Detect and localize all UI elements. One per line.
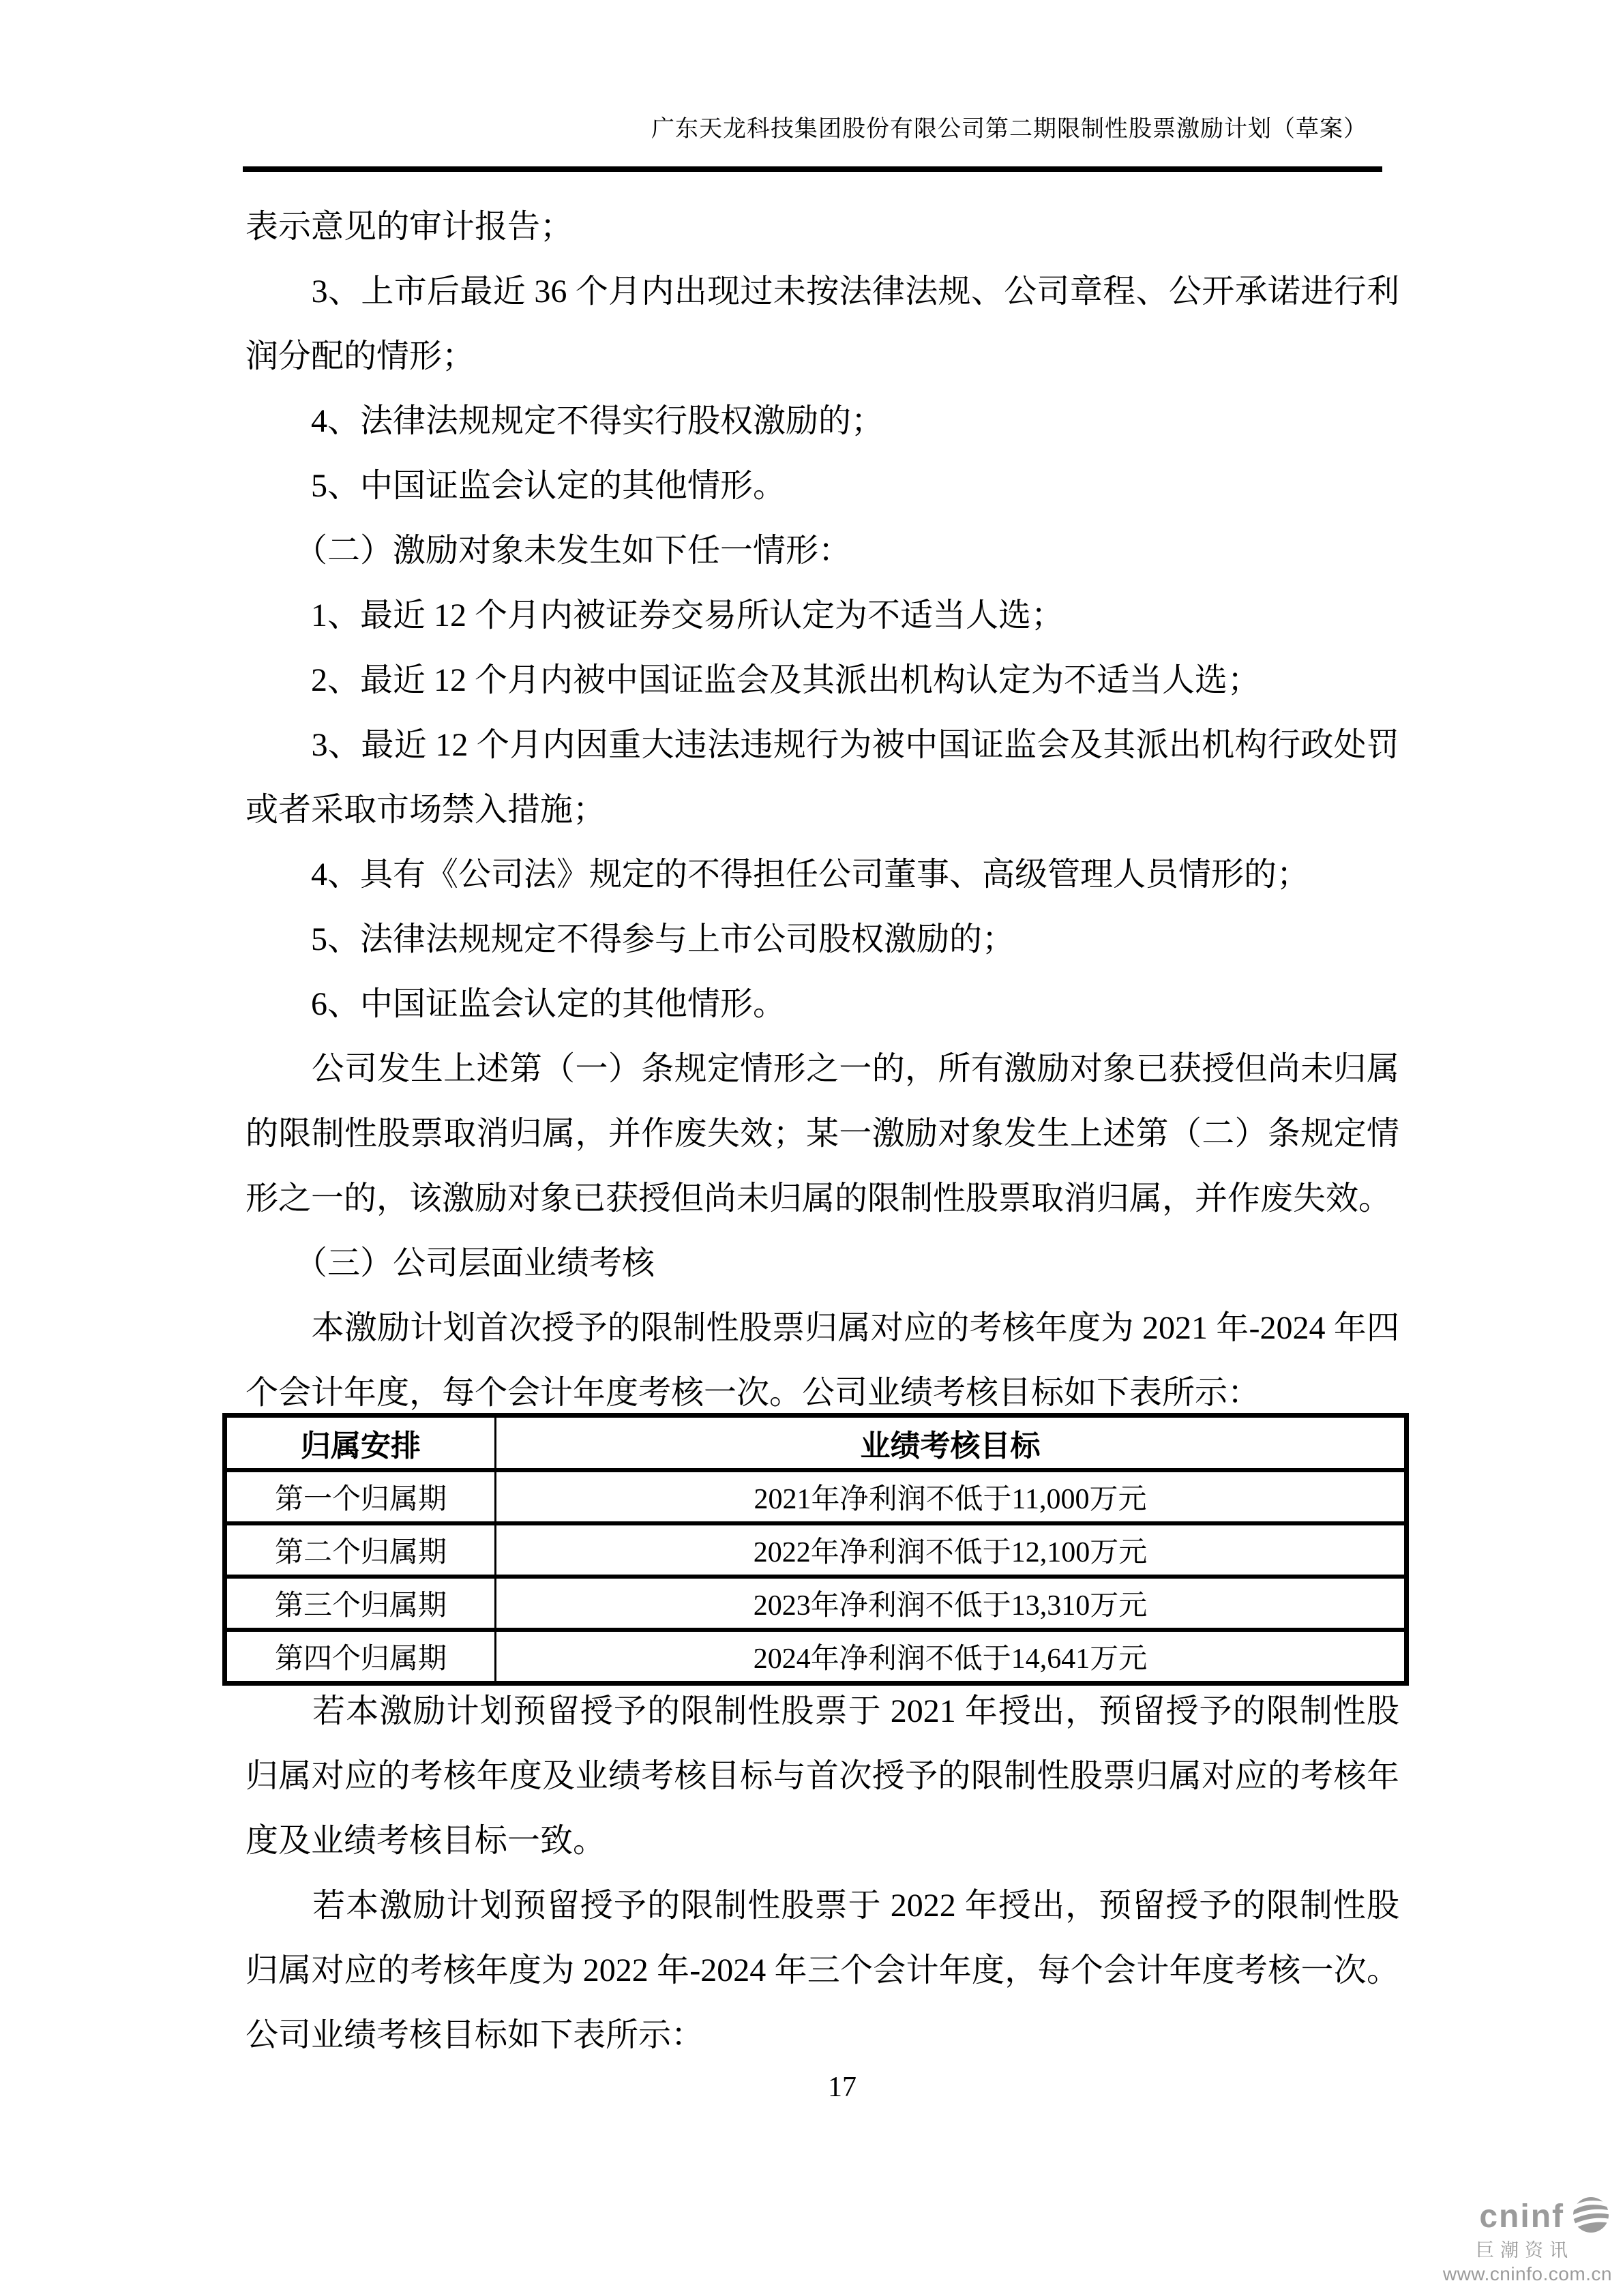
paragraph-line: 本激励计划首次授予的限制性股票归属对应的考核年度为 2021 年-2024 年四 — [245, 1296, 1399, 1360]
cninfo-url-text: www.cninfo.com.cn — [1443, 2263, 1612, 2286]
body-text-after-table: 若本激励计划预留授予的限制性股票于 2021 年授出，预留授予的限制性股票归属对… — [245, 1679, 1399, 2068]
paragraph-line: 度及业绩考核目标一致。 — [245, 1808, 1399, 1873]
table-row: 第三个归属期2023年净利润不低于13,310万元 — [225, 1577, 1407, 1630]
paragraph-line: 1、最近 12 个月内被证券交易所认定为不适当人选； — [245, 583, 1399, 648]
table-cell: 第二个归属期 — [225, 1523, 496, 1577]
paragraph-line: 的限制性股票取消归属，并作废失效；某一激励对象发生上述第（二）条规定情 — [245, 1101, 1399, 1166]
body-text-before-table: 表示意见的审计报告； 3、上市后最近 36 个月内出现过未按法律法规、公司章程、… — [245, 194, 1399, 1425]
table-header-cell: 归属安排 — [225, 1416, 496, 1471]
paragraph-line: 4、法律法规规定不得实行股权激励的； — [245, 389, 1399, 453]
paragraph-line: 公司发生上述第（一）条规定情形之一的，所有激励对象已获授但尚未归属 — [245, 1037, 1399, 1101]
paragraph-line: 形之一的，该激励对象已获授但尚未归属的限制性股票取消归属，并作废失效。 — [245, 1166, 1399, 1231]
paragraph-line: 3、上市后最近 36 个月内出现过未按法律法规、公司章程、公开承诺进行利 — [245, 259, 1399, 324]
table-row: 第二个归属期2022年净利润不低于12,100万元 — [225, 1523, 1407, 1577]
table-cell: 2021年净利润不低于11,000万元 — [496, 1470, 1407, 1523]
paragraph-line: （三）公司层面业绩考核 — [245, 1231, 1399, 1296]
table-row: 第四个归属期2024年净利润不低于14,641万元 — [225, 1630, 1407, 1684]
table-header-cell: 业绩考核目标 — [496, 1416, 1407, 1471]
page-number: 17 — [0, 2073, 1623, 2102]
paragraph-line: 5、法律法规规定不得参与上市公司股权激励的； — [245, 907, 1399, 972]
table-body: 第一个归属期2021年净利润不低于11,000万元第二个归属期2022年净利润不… — [225, 1470, 1407, 1684]
table-cell: 第四个归属期 — [225, 1630, 496, 1684]
cninfo-brand-text: cninf — [1479, 2201, 1564, 2233]
paragraph-line: 或者采取市场禁入措施； — [245, 777, 1399, 842]
table-header-row: 归属安排业绩考核目标 — [225, 1416, 1407, 1471]
table-cell: 2022年净利润不低于12,100万元 — [496, 1523, 1407, 1577]
logo-top-row: cninf — [1443, 2196, 1612, 2237]
paragraph-line: （二）激励对象未发生如下任一情形： — [245, 518, 1399, 583]
cninfo-swirl-icon — [1570, 2196, 1612, 2237]
paragraph-line: 6、中国证监会认定的其他情形。 — [245, 972, 1399, 1037]
table-cell: 第一个归属期 — [225, 1470, 496, 1523]
paragraph-line: 若本激励计划预留授予的限制性股票于 2021 年授出，预留授予的限制性股票 — [245, 1679, 1399, 1744]
paragraph-line: 2、最近 12 个月内被中国证监会及其派出机构认定为不适当人选； — [245, 648, 1399, 713]
paragraph-line: 公司业绩考核目标如下表所示： — [245, 2003, 1399, 2068]
paragraph-line: 若本激励计划预留授予的限制性股票于 2022 年授出，预留授予的限制性股票 — [245, 1873, 1399, 1938]
table-row: 归属安排业绩考核目标 — [225, 1416, 1407, 1471]
cninfo-watermark-logo: cninf 巨潮资讯 www.cninfo.com.cn — [1443, 2196, 1612, 2286]
performance-target-table: 归属安排业绩考核目标 第一个归属期2021年净利润不低于11,000万元第二个归… — [222, 1413, 1409, 1686]
header-rule — [243, 166, 1382, 172]
paragraph-line: 5、中国证监会认定的其他情形。 — [245, 453, 1399, 518]
paragraph-line: 4、具有《公司法》规定的不得担任公司董事、高级管理人员情形的； — [245, 842, 1399, 907]
document-page: 广东天龙科技集团股份有限公司第二期限制性股票激励计划（草案） 表示意见的审计报告… — [0, 0, 1623, 2296]
table-cell: 第三个归属期 — [225, 1577, 496, 1630]
paragraph-line: 表示意见的审计报告； — [245, 194, 1399, 259]
table-row: 第一个归属期2021年净利润不低于11,000万元 — [225, 1470, 1407, 1523]
paragraph-line: 归属对应的考核年度为 2022 年-2024 年三个会计年度，每个会计年度考核一… — [245, 1938, 1399, 2003]
paragraph-line: 3、最近 12 个月内因重大违法违规行为被中国证监会及其派出机构行政处罚 — [245, 713, 1399, 777]
cninfo-chinese-name: 巨潮资讯 — [1443, 2239, 1574, 2261]
table-cell: 2023年净利润不低于13,310万元 — [496, 1577, 1407, 1630]
page-header-title: 广东天龙科技集团股份有限公司第二期限制性股票激励计划（草案） — [651, 116, 1367, 143]
paragraph-line: 归属对应的考核年度及业绩考核目标与首次授予的限制性股票归属对应的考核年 — [245, 1744, 1399, 1808]
table-cell: 2024年净利润不低于14,641万元 — [496, 1630, 1407, 1684]
paragraph-line: 润分配的情形； — [245, 324, 1399, 389]
